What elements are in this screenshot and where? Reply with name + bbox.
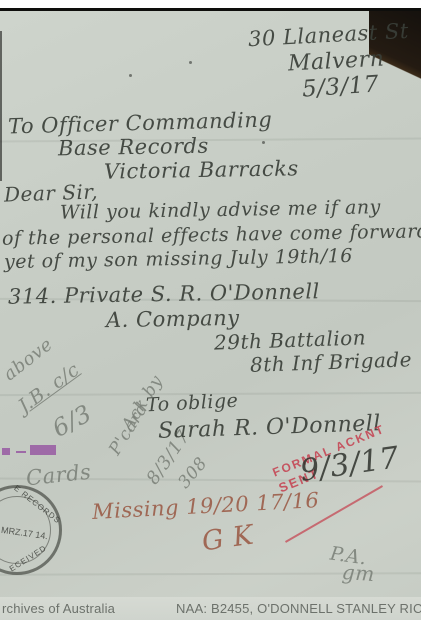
purple-stamp-fragment — [2, 448, 10, 455]
recipient-line-3: Victoria Barracks — [104, 156, 299, 183]
purple-stamp-fragment — [30, 445, 56, 455]
base-records-received-stamp: E RECORDS MRZ.17 14. ECEIVED — [0, 485, 62, 575]
body-line-2: of the personal effects have come forwar… — [2, 220, 421, 249]
body-line-3: yet of my son missing July 19th/16 — [4, 245, 353, 273]
letter-paper: 30 Llaneast St Malvern 5/3/17 To Officer… — [0, 8, 421, 620]
soldier-line-4: 8th Inf Brigade — [250, 347, 413, 377]
archive-caption-left: rchives of Australia — [2, 601, 115, 616]
paper-speck — [129, 74, 132, 77]
body-line-1: Will you kindly advise me if any — [60, 196, 381, 224]
archive-caption-right: NAA: B2455, O'DONNELL STANLEY RICHARD — [176, 601, 421, 616]
pencil-note-6-3: 6/3 — [48, 399, 97, 443]
pencil-note-308: 308 — [174, 454, 211, 493]
address-line-3: 5/3/17 — [301, 71, 380, 102]
pencil-note-gm: gm — [341, 560, 375, 586]
pencil-note-cards: Cards — [25, 460, 93, 491]
paper-speck — [262, 141, 265, 144]
closing-to-oblige: To oblige — [145, 390, 238, 417]
recipient-line-2: Base Records — [58, 134, 209, 161]
archive-caption-band: rchives of Australia NAA: B2455, O'DONNE… — [0, 597, 421, 620]
recipient-line-1: To Officer Commanding — [8, 108, 273, 139]
purple-stamp-fragment — [16, 451, 26, 453]
scan-left-edge — [0, 31, 2, 181]
red-note-initials: G K — [200, 520, 256, 558]
document-scan-page: { "document": { "type": "handwritten-let… — [0, 0, 427, 639]
soldier-line-1: 314. Private S. R. O'Donnell — [8, 279, 320, 308]
paper-speck — [189, 61, 192, 64]
soldier-line-2: A. Company — [106, 306, 240, 332]
